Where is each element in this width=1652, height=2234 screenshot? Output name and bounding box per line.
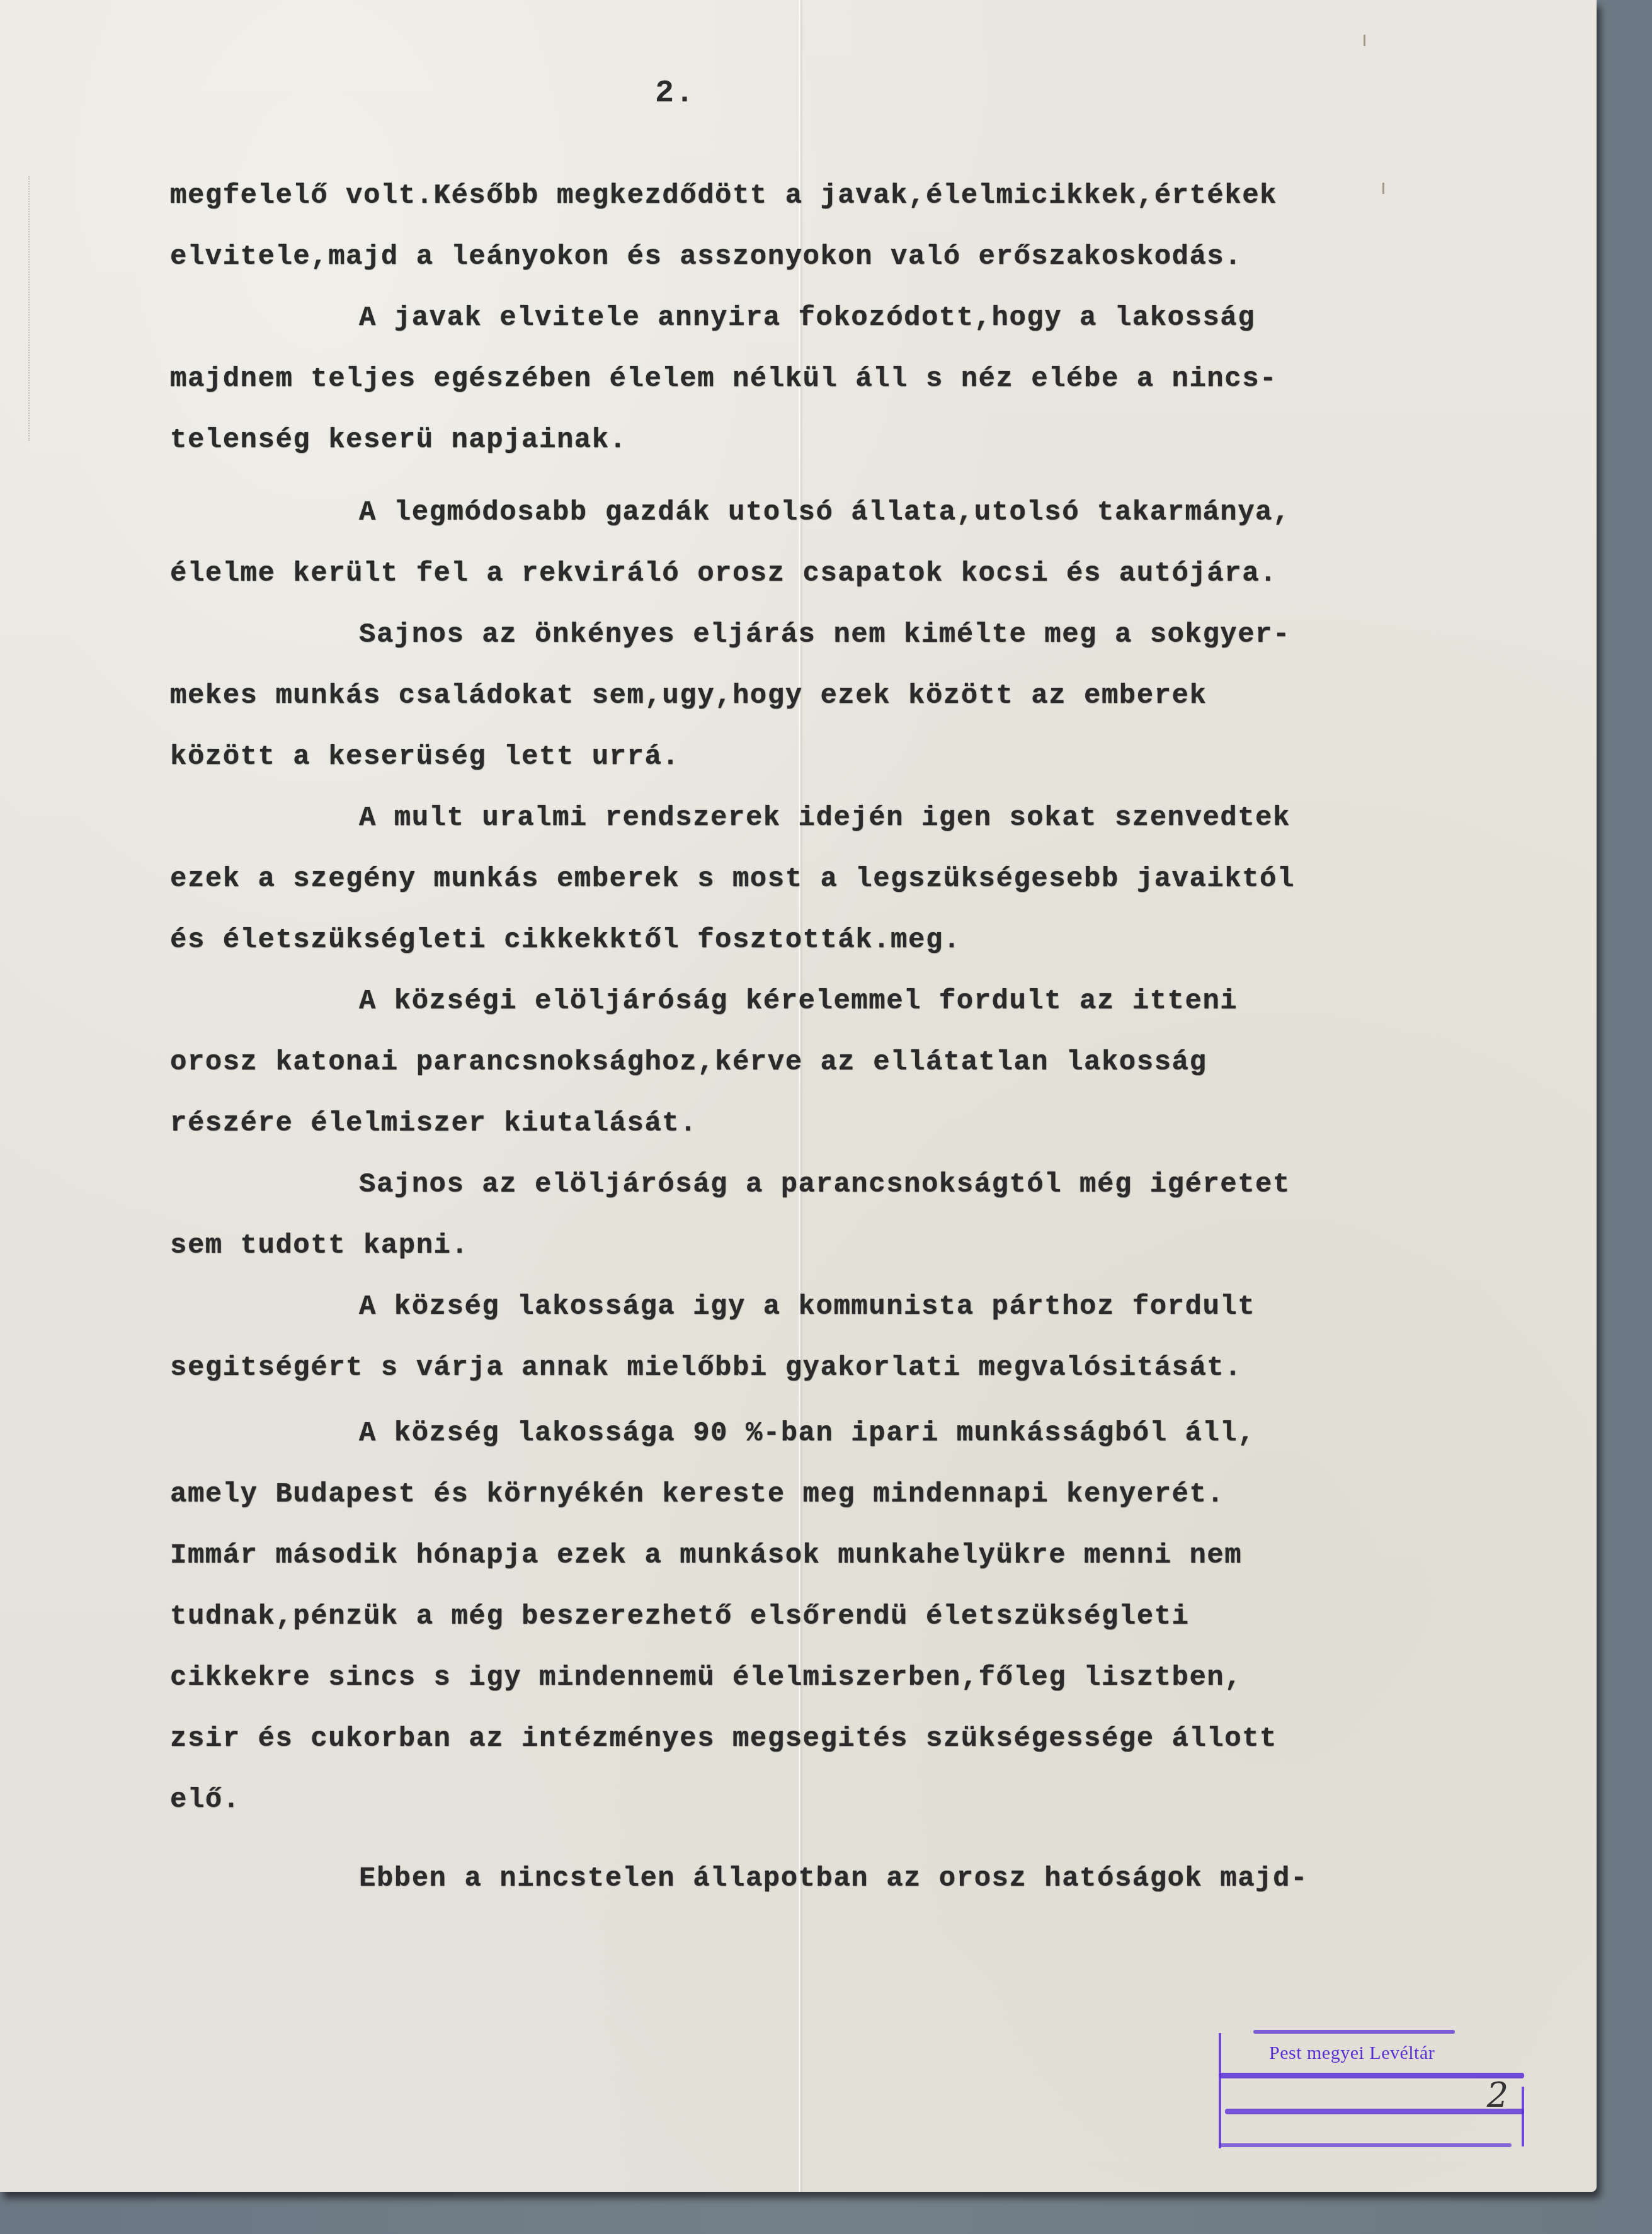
text-line: A község lakossága 90 %-ban ipari munkás… — [359, 1416, 1255, 1451]
text-line: segitségért s várja annak mielőbbi gyako… — [170, 1350, 1242, 1386]
text-line: élelme került fel a rekviráló orosz csap… — [170, 556, 1277, 591]
text-line: A javak elvitele annyira fokozódott,hogy… — [359, 300, 1255, 336]
stamp-rule — [1225, 2109, 1524, 2114]
text-line: Sajnos az elöljáróság a parancsnokságtól… — [359, 1167, 1290, 1202]
paper-speck — [1364, 35, 1365, 46]
text-line: zsir és cukorban az intézményes megsegit… — [170, 1721, 1277, 1757]
stamp-title: Pest megyei Levéltár — [1269, 2043, 1435, 2064]
text-line: és életszükségleti cikkekktől fosztották… — [170, 923, 961, 958]
paper-speck — [1382, 183, 1384, 194]
text-line: részére élelmiszer kiutalását. — [170, 1106, 697, 1141]
text-line: Ebben a nincstelen állapotban az orosz h… — [359, 1861, 1308, 1896]
text-line: amely Budapest és környékén kereste meg … — [170, 1477, 1224, 1512]
page-number: 2. — [655, 76, 695, 111]
text-line: ezek a szegény munkás emberek s most a l… — [170, 862, 1295, 897]
text-line: cikkekre sincs s igy mindennemü élelmisz… — [170, 1660, 1242, 1695]
text-line: megfelelő volt.Később megkezdődött a jav… — [170, 178, 1277, 214]
text-line: között a keserüség lett urrá. — [170, 739, 680, 775]
text-line: A községi elöljáróság kérelemmel fordult… — [359, 984, 1238, 1019]
text-line: mekes munkás családokat sem,ugy,hogy eze… — [170, 678, 1207, 714]
text-line: telenség keserü napjainak. — [170, 423, 627, 458]
text-line: Immár második hónapja ezek a munkások mu… — [170, 1538, 1242, 1573]
text-line: elő. — [170, 1782, 241, 1818]
text-line: orosz katonai parancsnoksághoz,kérve az … — [170, 1045, 1207, 1080]
archive-stamp: Pest megyei Levéltár 2 — [1219, 2030, 1524, 2150]
text-line: sem tudott kapni. — [170, 1228, 469, 1263]
text-line: majdnem teljes egészében élelem nélkül á… — [170, 362, 1277, 397]
text-line: elvitele,majd a leányokon és asszonyokon… — [170, 239, 1242, 275]
text-line: A mult uralmi rendszerek idején igen sok… — [359, 801, 1290, 836]
stamp-top-edge — [1253, 2030, 1455, 2034]
stamp-rule — [1219, 2073, 1524, 2078]
margin-perforation — [28, 176, 30, 441]
text-line: tudnak,pénzük a még beszerezhető elsőren… — [170, 1599, 1189, 1634]
stamp-left-edge — [1219, 2033, 1221, 2148]
stamp-right-edge — [1522, 2087, 1524, 2146]
text-line: A község lakossága igy a kommunista párt… — [359, 1289, 1255, 1325]
document-page: 2. megfelelő volt.Később megkezdődött a … — [0, 0, 1597, 2192]
text-line: A legmódosabb gazdák utolsó állata,utols… — [359, 495, 1290, 530]
stamp-rule — [1219, 2143, 1512, 2147]
text-line: Sajnos az önkényes eljárás nem kimélte m… — [359, 617, 1290, 653]
